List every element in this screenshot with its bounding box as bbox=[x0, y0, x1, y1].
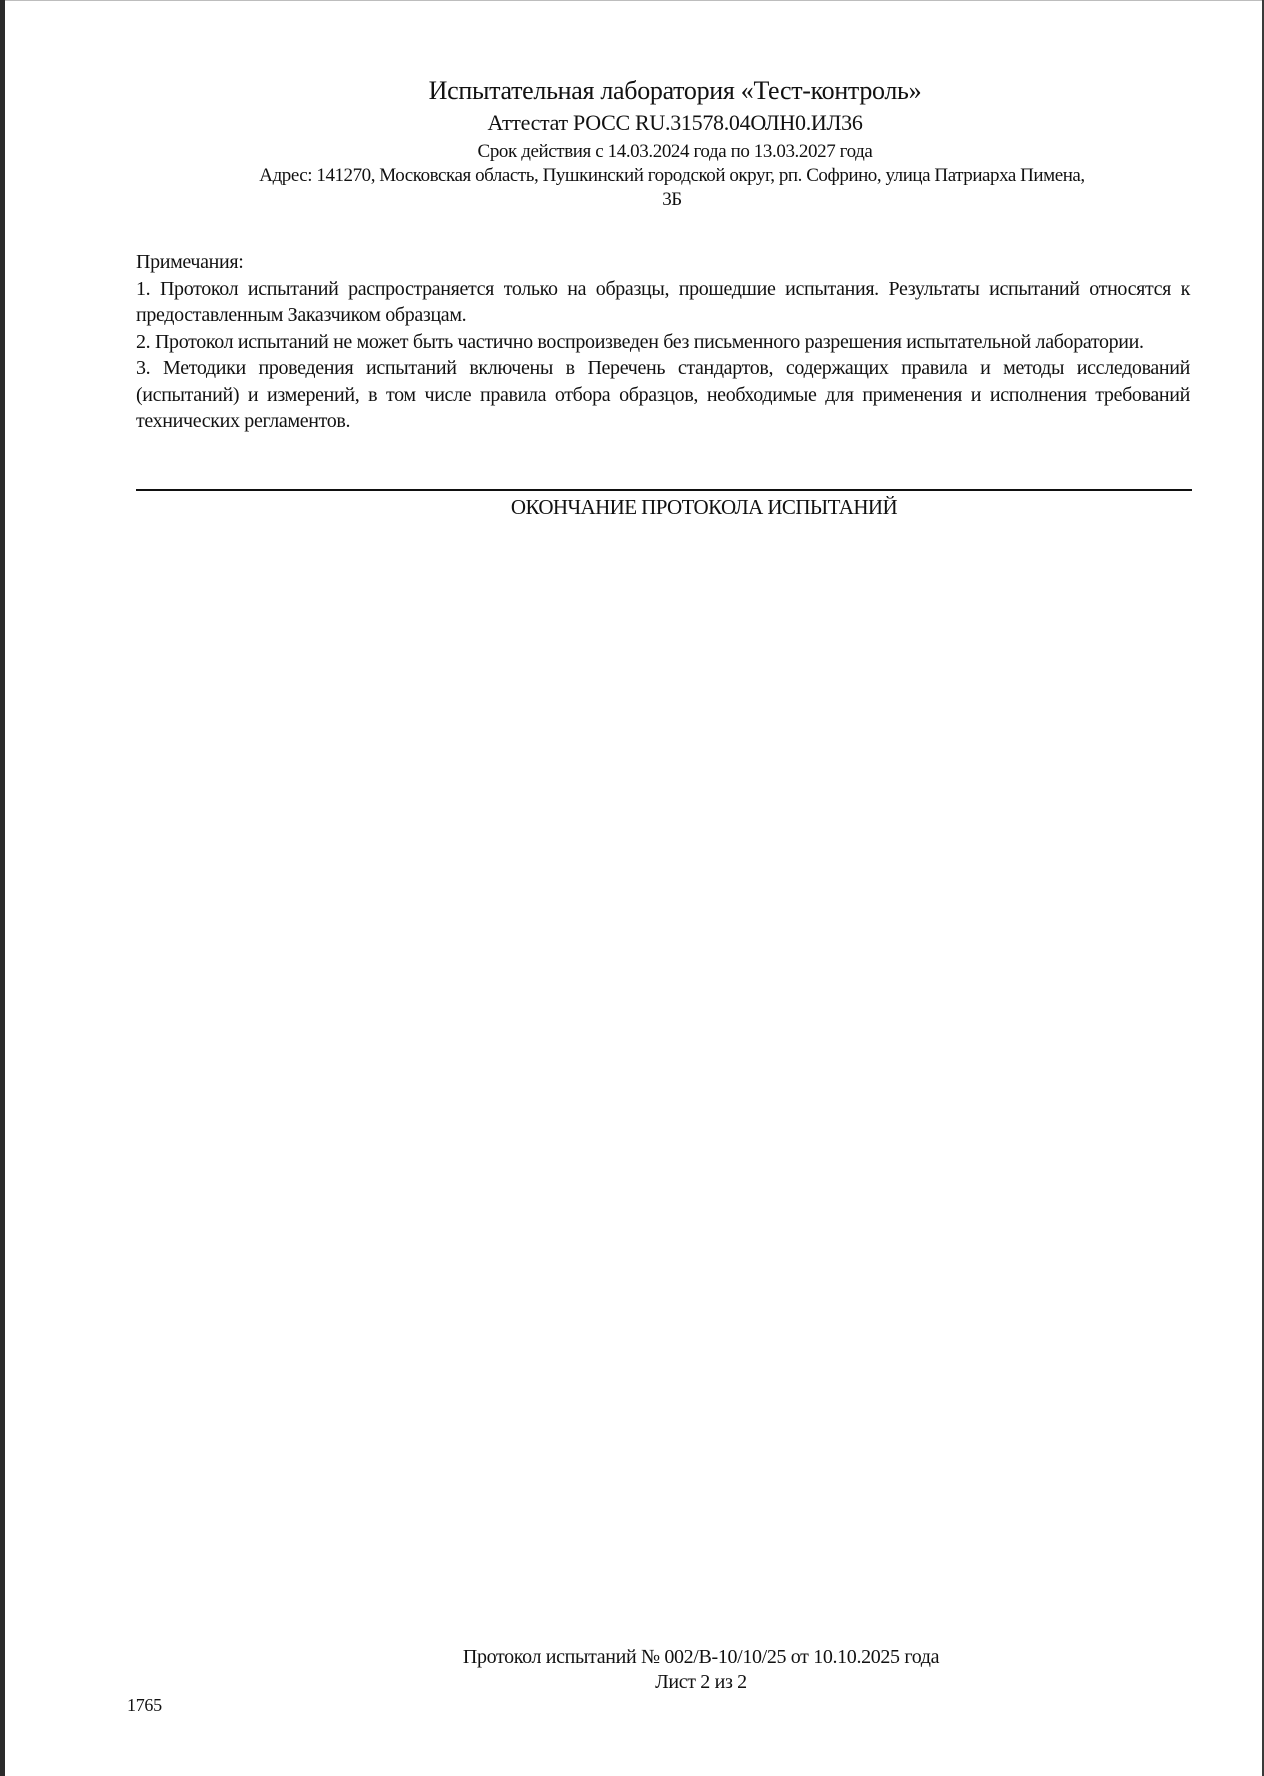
end-of-protocol-title: ОКОНЧАНИЕ ПРОТОКОЛА ИСПЫТАНИЙ bbox=[136, 493, 1264, 521]
lab-title: Испытательная лаборатория «Тест-контроль… bbox=[150, 74, 1200, 108]
page-top-border bbox=[5, 0, 1262, 1]
notes-heading: Примечания: bbox=[136, 249, 1190, 276]
footer-protocol-reference: Протокол испытаний № 002/В-10/10/25 от 1… bbox=[136, 1645, 1192, 1670]
note-item-3: 3. Методики проведения испытаний включен… bbox=[136, 355, 1190, 435]
note-item-2: 2. Протокол испытаний не может быть част… bbox=[136, 329, 1190, 356]
footer-sheet-number: Лист 2 из 2 bbox=[136, 1670, 1192, 1695]
horizontal-divider bbox=[136, 489, 1192, 491]
page-number: 1765 bbox=[127, 1694, 162, 1716]
viewer-left-edge bbox=[0, 0, 5, 1776]
address-line-2: 3Б bbox=[164, 188, 1180, 212]
address-line-1: Адрес: 141270, Московская область, Пушки… bbox=[164, 164, 1180, 188]
lab-address: Адрес: 141270, Московская область, Пушки… bbox=[150, 164, 1200, 212]
page-footer: Протокол испытаний № 002/В-10/10/25 от 1… bbox=[136, 1645, 1192, 1695]
validity-period: Срок действия с 14.03.2024 года по 13.03… bbox=[150, 140, 1200, 164]
note-item-1: 1. Протокол испытаний распространяется т… bbox=[136, 276, 1190, 329]
document-header: Испытательная лаборатория «Тест-контроль… bbox=[150, 74, 1200, 212]
notes-section: Примечания: 1. Протокол испытаний распро… bbox=[136, 249, 1190, 435]
attestat-number: Аттестат РОСС RU.31578.04ОЛН0.ИЛ36 bbox=[150, 108, 1200, 138]
